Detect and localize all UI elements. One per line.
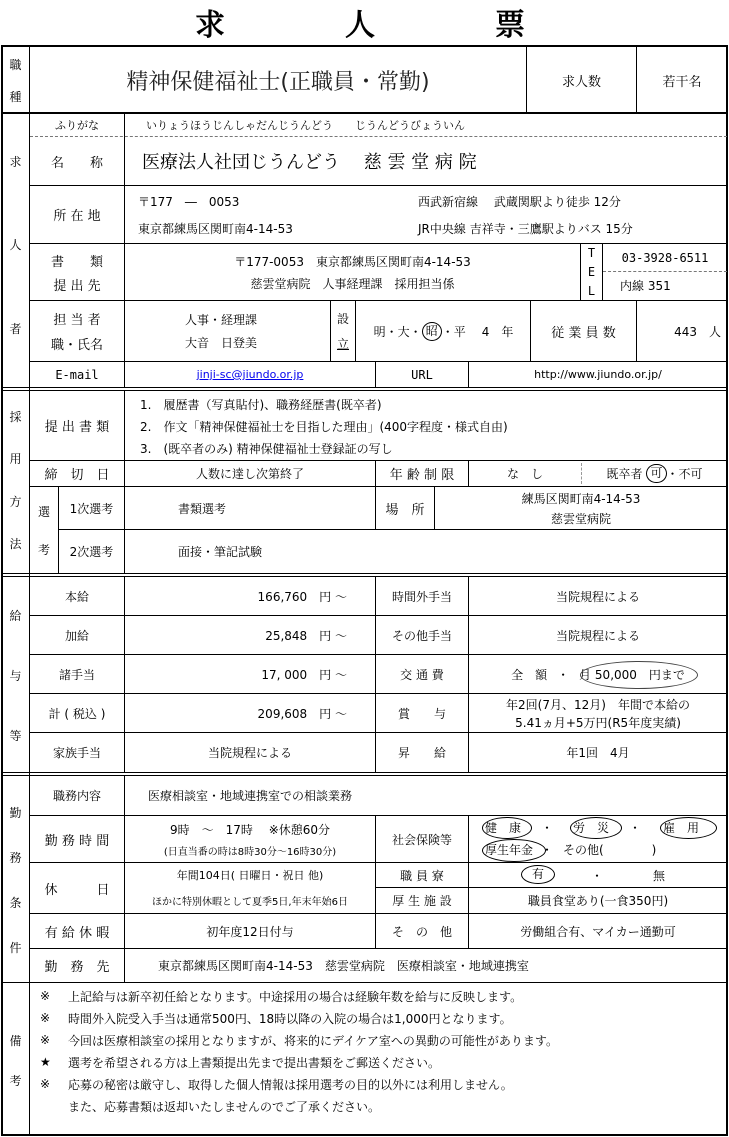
dorm-yes-selected: 有 xyxy=(521,865,555,884)
holidays-line1: 年間104日( 日曜日・祝日 他) xyxy=(125,863,375,887)
submit-address-line: 慈雲堂病院 人事経理課 採用担当係 xyxy=(250,275,454,292)
graduates-ok-selected: 可 xyxy=(646,464,666,483)
dorm-label: 職 員 寮 xyxy=(376,863,468,887)
other-value: 労働組合有、マイカー通勤可 xyxy=(469,914,727,948)
label-line: 書 類 xyxy=(51,251,103,270)
section-char: 備 xyxy=(9,1032,21,1049)
era-showa-selected: 昭 xyxy=(422,322,442,341)
employees-label: 従 業 員 数 xyxy=(531,301,636,361)
graduates-eligibility: 既卒者 可・不可 xyxy=(582,461,727,486)
section-char: 条 xyxy=(9,894,21,911)
founded-char: 立 xyxy=(337,335,349,352)
allowances-value: 17, 000 円 ～ xyxy=(125,655,347,693)
star-icon: ★ xyxy=(40,1055,68,1069)
section-char: 種 xyxy=(9,88,21,105)
insurance-oval-health xyxy=(482,817,532,839)
hours-value: 9時 ～ 17時 ※休憩60分 (日直当番の時は8時30分～16時30分) xyxy=(125,818,375,860)
section-char: 等 xyxy=(9,727,21,744)
paid-leave-label: 有 給 休 暇 xyxy=(30,914,124,948)
note-mark-icon: ※ xyxy=(40,1033,68,1047)
insurance-oval-accident xyxy=(570,817,622,839)
section-char: 務 xyxy=(9,849,21,866)
stage1-label: 1次選考 xyxy=(59,487,124,529)
section-char: 考 xyxy=(9,1072,21,1089)
access-2: JR中央線 吉祥寺・三鷹駅よりバス 15分 xyxy=(418,215,718,241)
section-char: 方 xyxy=(9,493,21,510)
bonus-line: 年2回(7月、12月) 年間で本給の xyxy=(506,696,690,713)
founded-era: 明・大・昭・平 4 年 xyxy=(356,301,531,361)
family-allowance-label: 家族手当 xyxy=(30,733,124,772)
submit-label: 書 類 提 出 先 xyxy=(30,248,124,296)
tel-char: L xyxy=(588,284,595,298)
url-value: http://www.jiundo.or.jp/ xyxy=(469,362,727,387)
transport-full: 全 額 xyxy=(511,666,547,683)
separator: ・ xyxy=(557,666,569,683)
documents-label: 提 出 書 類 xyxy=(30,391,124,460)
note-mark-icon: ※ xyxy=(40,1077,68,1091)
label-line: 提 出 先 xyxy=(53,275,100,294)
bonus-label: 賞 与 xyxy=(376,694,468,732)
additional-pay-label: 加給 xyxy=(30,616,124,654)
openings-value: 若干名 xyxy=(637,47,727,113)
era-meiji: 明 xyxy=(374,323,386,340)
name-label: 名 称 xyxy=(30,137,124,185)
raise-label: 昇 給 xyxy=(376,733,468,772)
additional-pay-value: 25,848 円 ～ xyxy=(125,616,347,654)
email-label: E-mail xyxy=(30,362,124,387)
insurance-oval-pension xyxy=(482,839,546,862)
age-limit-label: 年 齢 制 限 xyxy=(376,461,468,486)
section-conditions-label: 勤 務 条 件 xyxy=(2,790,29,970)
section-char: 給 xyxy=(9,607,21,624)
selection-char: 考 xyxy=(38,541,50,558)
remarks-list: ※上記給与は新卒初任給となります。中途採用の場合は経験年数を給与に反映します。 … xyxy=(40,985,720,1115)
deadline-value: 人数に達し次第終了 xyxy=(125,461,375,486)
remark-item: また、応募書類は返却いたしませんのでご了承ください。 xyxy=(40,1095,720,1117)
contact-name: 大音 日登美 xyxy=(150,334,257,351)
bonus-line: 5.41ヵ月+5万円(R5年度実績) xyxy=(515,714,681,731)
other-label: そ の 他 xyxy=(376,914,468,948)
section-char: 法 xyxy=(9,535,21,552)
overtime-value: 当院規程による xyxy=(469,577,727,615)
furigana-value: いりょうほうじんしゃだんじうんどう じうんどうびょういん xyxy=(146,114,706,136)
section-employer-label: 求 人 者 xyxy=(2,120,29,370)
separator: ・ xyxy=(629,819,641,836)
remark-text: 今回は医療相談室の採用となりますが、将来的にデイケア室への異動の可能性があります… xyxy=(68,1032,558,1049)
employer-name: 医療法人社団じうんどう 慈 雲 堂 病 院 xyxy=(142,137,722,185)
title-char-2: 人 xyxy=(340,2,380,42)
dorm-options: 有 ・ 無 xyxy=(469,863,727,887)
separator: ・ xyxy=(386,323,398,340)
dorm-no: 無 xyxy=(653,867,665,884)
postal-code: 〒177 ― 0053 xyxy=(138,188,398,214)
age-limit-value: な し xyxy=(469,461,581,486)
openings-label: 求人数 xyxy=(527,47,636,113)
raise-value: 年1回 4月 xyxy=(469,733,727,772)
email-link[interactable]: jinji-sc@jiundo.or.jp xyxy=(197,368,304,381)
section-char: 件 xyxy=(9,939,21,956)
graduates-ng: 不可 xyxy=(679,465,703,482)
section-remarks-label: 備 考 xyxy=(2,1020,29,1100)
insurance-other: その他( ) xyxy=(563,841,656,858)
title-char-3: 票 xyxy=(490,2,530,42)
address: 東京都練馬区関町南4-14-53 xyxy=(138,215,398,241)
remark-text: 応募の秘密は厳守し、取得した個人情報は採用選考の目的以外には利用しません。 xyxy=(68,1076,513,1093)
transport-label: 交 通 費 xyxy=(376,655,468,693)
note-mark-icon: ※ xyxy=(40,989,68,1003)
label-line: 職・氏名 xyxy=(51,334,103,353)
total-value: 209,608 円 ～ xyxy=(125,694,347,732)
section-job-type-label: 職 種 xyxy=(2,48,29,112)
submit-address-line: 〒177-0053 東京都練馬区関町南4-14-53 xyxy=(234,253,471,270)
remark-item: ※時間外入院受入手当は通常500円、18時以降の入院の場合は1,000円となりま… xyxy=(40,1007,720,1029)
founded-label: 設 立 xyxy=(331,306,355,356)
hours-duty: (日直当番の時は8時30分～16時30分) xyxy=(164,843,336,858)
total-label: 計 ( 税込 ) xyxy=(30,694,124,732)
email-value: jinji-sc@jiundo.or.jp xyxy=(125,362,375,387)
employees-value: 443 人 xyxy=(637,301,721,361)
duties-label: 職務内容 xyxy=(30,776,124,815)
transport-selection-oval xyxy=(580,661,698,689)
allowances-label: 諸手当 xyxy=(30,655,124,693)
duties-value: 医療相談室・地域連携室での相談業務 xyxy=(148,776,708,815)
remark-item: ★選考を希望される方は上書類提出先まで提出書類をご郵送ください。 xyxy=(40,1051,720,1073)
documents-list: 1. 履歴書（写真貼付)、職務経歴書(既卒者) 2. 作文「精神保健福祉士を目指… xyxy=(140,393,720,459)
overtime-label: 時間外手当 xyxy=(376,577,468,615)
era-heisei: 平 xyxy=(454,323,466,340)
section-char: 用 xyxy=(9,450,21,467)
place-line: 慈雲堂病院 xyxy=(551,510,611,527)
contact-dept: 人事・経理課 xyxy=(150,311,257,328)
separator: ・ xyxy=(667,465,679,482)
tel-extension: 内線 351 xyxy=(620,272,727,299)
graduates-label: 既卒者 xyxy=(606,465,642,482)
hours-label: 勤 務 時 間 xyxy=(30,816,124,862)
remark-item: ※上記給与は新卒初任給となります。中途採用の場合は経験年数を給与に反映します。 xyxy=(40,985,720,1007)
tel-number: 03-3928-6511 xyxy=(603,245,727,270)
remark-text: 時間外入院受入手当は通常500円、18時以降の入院の場合は1,000円となります… xyxy=(68,1010,512,1027)
remark-text: 選考を希望される方は上書類提出先まで提出書類をご郵送ください。 xyxy=(68,1054,440,1071)
remark-text: また、応募書類は返却いたしませんのでご了承ください。 xyxy=(68,1098,380,1115)
base-salary-value: 166,760 円 ～ xyxy=(125,577,347,615)
tel-label: T E L xyxy=(581,244,602,300)
founded-char: 設 xyxy=(337,310,349,327)
holidays-label: 休 日 xyxy=(30,863,124,913)
contact-label: 担 当 者 職・氏名 xyxy=(30,306,124,356)
stage1-value: 書類選考 xyxy=(178,487,368,529)
document-item: 3. (既卒者のみ) 精神保健福祉士登録証の写し xyxy=(140,440,720,457)
separator: ・ xyxy=(591,867,603,884)
job-title: 精神保健福祉士(正職員・常勤) xyxy=(30,47,526,113)
section-salary-label: 給 与 等 xyxy=(2,585,29,765)
paid-leave-value: 初年度12日付与 xyxy=(125,914,375,948)
label-line: 担 当 者 xyxy=(53,309,100,328)
tel-char: E xyxy=(588,265,595,279)
welfare-label: 厚 生 施 設 xyxy=(376,888,468,912)
url-label: URL xyxy=(376,362,468,387)
other-allowance-label: その他手当 xyxy=(376,616,468,654)
selection-char: 選 xyxy=(38,503,50,520)
insurance-oval-employment xyxy=(660,817,717,839)
access-1: 西武新宿線 武蔵関駅より徒歩 12分 xyxy=(418,188,718,214)
section-char: 人 xyxy=(9,236,21,253)
founded-year: 4 年 xyxy=(482,323,514,340)
section-char: 職 xyxy=(9,56,21,73)
page-title: 求 人 票 xyxy=(0,2,729,42)
hours-main: 9時 ～ 17時 ※休憩60分 xyxy=(170,821,330,838)
tel-char: T xyxy=(588,246,595,260)
family-allowance-value: 当院規程による xyxy=(125,733,375,772)
stage2-value: 面接・筆記試験 xyxy=(178,530,478,573)
furigana-label: ふりがな xyxy=(30,114,124,136)
bonus-value: 年2回(7月、12月) 年間で本給の 5.41ヵ月+5万円(R5年度実績) xyxy=(469,695,727,731)
selection-label: 選 考 xyxy=(30,492,58,568)
holidays-line2: ほかに特別休暇として夏季5日,年末年始6日 xyxy=(125,888,375,912)
selection-place: 練馬区関町南4-14-53 慈雲堂病院 xyxy=(435,488,727,528)
separator: ・ xyxy=(410,323,422,340)
document-item: 2. 作文「精神保健福祉士を目指した理由」(400字程度・様式自由) xyxy=(140,418,720,435)
workplace-label: 勤 務 先 xyxy=(30,949,124,982)
title-char-1: 求 xyxy=(190,2,230,42)
note-mark-icon: ※ xyxy=(40,1011,68,1025)
other-allowance-value: 当院規程による xyxy=(469,616,727,654)
welfare-value: 職員食堂あり(一食350円) xyxy=(469,888,727,912)
remark-item: ※応募の秘密は厳守し、取得した個人情報は採用選考の目的以外には利用しません。 xyxy=(40,1073,720,1095)
era-taisho: 大 xyxy=(398,323,410,340)
place-line: 練馬区関町南4-14-53 xyxy=(522,490,641,507)
section-char: 者 xyxy=(9,320,21,337)
insurance-label: 社会保険等 xyxy=(376,816,468,862)
remark-text: 上記給与は新卒初任給となります。中途採用の場合は経験年数を給与に反映します。 xyxy=(68,988,522,1005)
section-recruitment-label: 採 用 方 法 xyxy=(2,395,29,565)
address-label: 所 在 地 xyxy=(30,186,124,243)
section-char: 求 xyxy=(9,153,21,170)
workplace-value: 東京都練馬区関町南4-14-53 慈雲堂病院 医療相談室・地域連携室 xyxy=(158,949,718,982)
base-salary-label: 本給 xyxy=(30,577,124,615)
document-item: 1. 履歴書（写真貼付)、職務経歴書(既卒者) xyxy=(140,396,720,413)
stage2-label: 2次選考 xyxy=(59,530,124,573)
section-char: 採 xyxy=(9,408,21,425)
contact-person: 人事・経理課 大音 日登美 xyxy=(150,308,330,354)
remark-item: ※今回は医療相談室の採用となりますが、将来的にデイケア室への異動の可能性がありま… xyxy=(40,1029,720,1051)
section-char: 与 xyxy=(9,667,21,684)
separator: ・ xyxy=(541,819,553,836)
submit-address: 〒177-0053 東京都練馬区関町南4-14-53 慈雲堂病院 人事経理課 採… xyxy=(125,250,580,294)
deadline-label: 締 切 日 xyxy=(30,461,124,486)
separator: ・ xyxy=(442,323,454,340)
section-char: 勤 xyxy=(9,804,21,821)
place-label: 場 所 xyxy=(376,487,434,529)
